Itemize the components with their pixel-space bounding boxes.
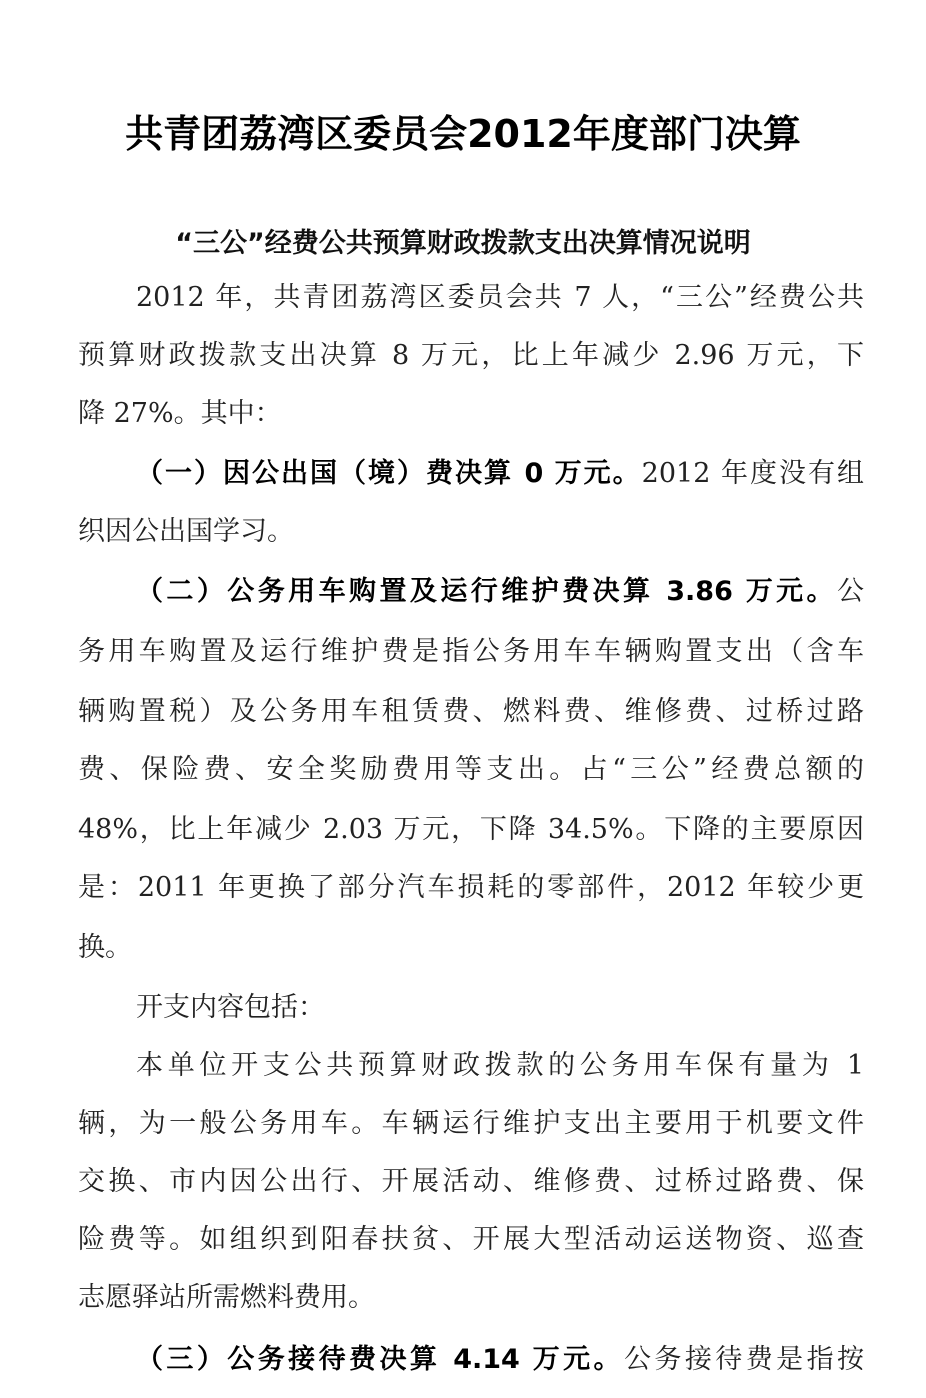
expense-line-5: 志愿驿站所需燃料费用。 [78, 1278, 864, 1318]
section-3-heading: （三）公务接待费决算 4.14 万元。 [136, 1344, 624, 1375]
section-3-line-1: （三）公务接待费决算 4.14 万元。公务接待费是指按 [136, 1340, 864, 1380]
document-page: 共青团荔湾区委员会2012年度部门决算 “三公”经费公共预算财政拨款支出决算情况… [0, 0, 926, 1398]
section-2-text: 公 [837, 576, 864, 607]
intro-line-1: 2012 年，共青团荔湾区委员会共 7 人，“三公”经费公共 [136, 278, 864, 318]
expense-content-label: 开支内容包括： [136, 988, 864, 1028]
expense-line-3: 交换、市内因公出行、开展活动、维修费、过桥过路费、保 [78, 1162, 864, 1202]
section-2-line-1: （二）公务用车购置及运行维护费决算 3.86 万元。公 [136, 572, 864, 612]
expense-line-1: 本单位开支公共预算财政拨款的公务用车保有量为 1 [136, 1046, 864, 1086]
document-title: 共青团荔湾区委员会2012年度部门决算 [0, 106, 926, 162]
section-2-line-2: 务用车购置及运行维护费是指公务用车车辆购置支出（含车 [78, 632, 864, 672]
section-2-line-5: 48%，比上年减少 2.03 万元，下降 34.5%。下降的主要原因 [78, 810, 864, 850]
section-1-line-2: 织因公出国学习。 [78, 512, 864, 552]
expense-line-2: 辆，为一般公务用车。车辆运行维护支出主要用于机要文件 [78, 1104, 864, 1144]
section-2-heading: （二）公务用车购置及运行维护费决算 3.86 万元。 [136, 576, 837, 607]
expense-line-4: 险费等。如组织到阳春扶贫、开展大型活动运送物资、巡查 [78, 1220, 864, 1260]
section-3-text: 公务接待费是指按 [624, 1344, 864, 1375]
intro-line-2: 预算财政拨款支出决算 8 万元，比上年减少 2.96 万元，下 [78, 336, 864, 376]
section-1-text: 2012 年度没有组 [642, 458, 864, 489]
intro-line-3: 降 27%。其中： [78, 394, 864, 434]
section-2-line-3: 辆购置税）及公务用车租赁费、燃料费、维修费、过桥过路 [78, 692, 864, 732]
section-2-line-7: 换。 [78, 928, 864, 968]
section-1-line-1: （一）因公出国（境）费决算 0 万元。2012 年度没有组 [136, 454, 864, 494]
section-1-heading: （一）因公出国（境）费决算 0 万元。 [136, 458, 642, 489]
section-2-line-6: 是：2011 年更换了部分汽车损耗的零部件，2012 年较少更 [78, 868, 864, 908]
section-2-line-4: 费、保险费、安全奖励费用等支出。占“三公”经费总额的 [78, 750, 864, 790]
section-subtitle: “三公”经费公共预算财政拨款支出决算情况说明 [0, 224, 926, 264]
